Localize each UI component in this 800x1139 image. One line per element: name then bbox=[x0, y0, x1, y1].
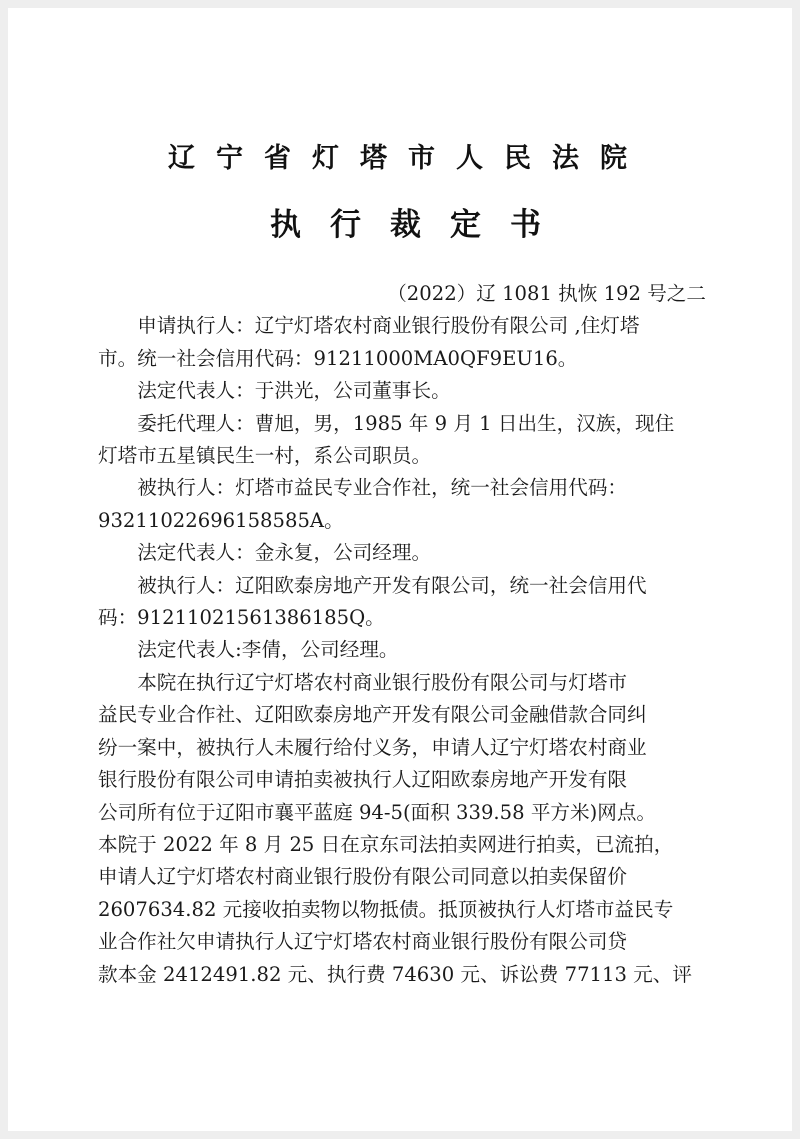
court-name: 辽宁省灯塔市人民法院 bbox=[8, 141, 800, 177]
text-line: 公司所有位于辽阳市襄平蓝庭 94-5(面积 339.58 平方米)网点。 bbox=[98, 797, 718, 829]
text-line-respondent-2: 被执行人：辽阳欧泰房地产开发有限公司，统一社会信用代 bbox=[98, 570, 718, 602]
text-line-legal-rep: 法定代表人:李倩，公司经理。 bbox=[98, 634, 718, 666]
document-page: 辽宁省灯塔市人民法院 执行裁定书 （2022）辽 1081 执恢 192 号之二… bbox=[8, 8, 792, 1131]
text-line-ruling-body: 本院在执行辽宁灯塔农村商业银行股份有限公司与灯塔市 bbox=[98, 667, 718, 699]
text-line: 纷一案中，被执行人未履行给付义务，申请人辽宁灯塔农村商业 bbox=[98, 732, 718, 764]
text-line: 市。统一社会信用代码：91211000MA0QF9EU16。 bbox=[98, 343, 718, 375]
text-line: 灯塔市五星镇民生一村，系公司职员。 bbox=[98, 440, 718, 472]
text-line: 业合作社欠申请执行人辽宁灯塔农村商业银行股份有限公司贷 bbox=[98, 926, 718, 958]
text-line: 码：91211021561386185Q。 bbox=[98, 602, 718, 634]
text-line: 银行股份有限公司申请拍卖被执行人辽阳欧泰房地产开发有限 bbox=[98, 764, 718, 796]
document-body: （2022）辽 1081 执恢 192 号之二 申请执行人：辽宁灯塔农村商业银行… bbox=[98, 278, 718, 991]
text-line: 申请人辽宁灯塔农村商业银行股份有限公司同意以拍卖保留价 bbox=[98, 861, 718, 893]
document-title: 执行裁定书 bbox=[8, 204, 800, 246]
text-line: 益民专业合作社、辽阳欧泰房地产开发有限公司金融借款合同纠 bbox=[98, 699, 718, 731]
text-line: 93211022696158585A。 bbox=[98, 505, 718, 537]
text-line: 2607634.82 元接收拍卖物以物抵债。抵顶被执行人灯塔市益民专 bbox=[98, 894, 718, 926]
text-line-legal-rep: 法定代表人：于洪光，公司董事长。 bbox=[98, 375, 718, 407]
text-line-agent: 委托代理人：曹旭，男，1985 年 9 月 1 日出生，汉族，现住 bbox=[98, 408, 718, 440]
case-number: （2022）辽 1081 执恢 192 号之二 bbox=[98, 278, 718, 310]
text-line-applicant: 申请执行人：辽宁灯塔农村商业银行股份有限公司 ,住灯塔 bbox=[98, 310, 718, 342]
text-line-legal-rep: 法定代表人：金永复，公司经理。 bbox=[98, 537, 718, 569]
text-line: 款本金 2412491.82 元、执行费 74630 元、诉讼费 77113 元… bbox=[98, 959, 718, 991]
text-line: 本院于 2022 年 8 月 25 日在京东司法拍卖网进行拍卖，已流拍， bbox=[98, 829, 718, 861]
text-line-respondent-1: 被执行人：灯塔市益民专业合作社，统一社会信用代码： bbox=[98, 472, 718, 504]
